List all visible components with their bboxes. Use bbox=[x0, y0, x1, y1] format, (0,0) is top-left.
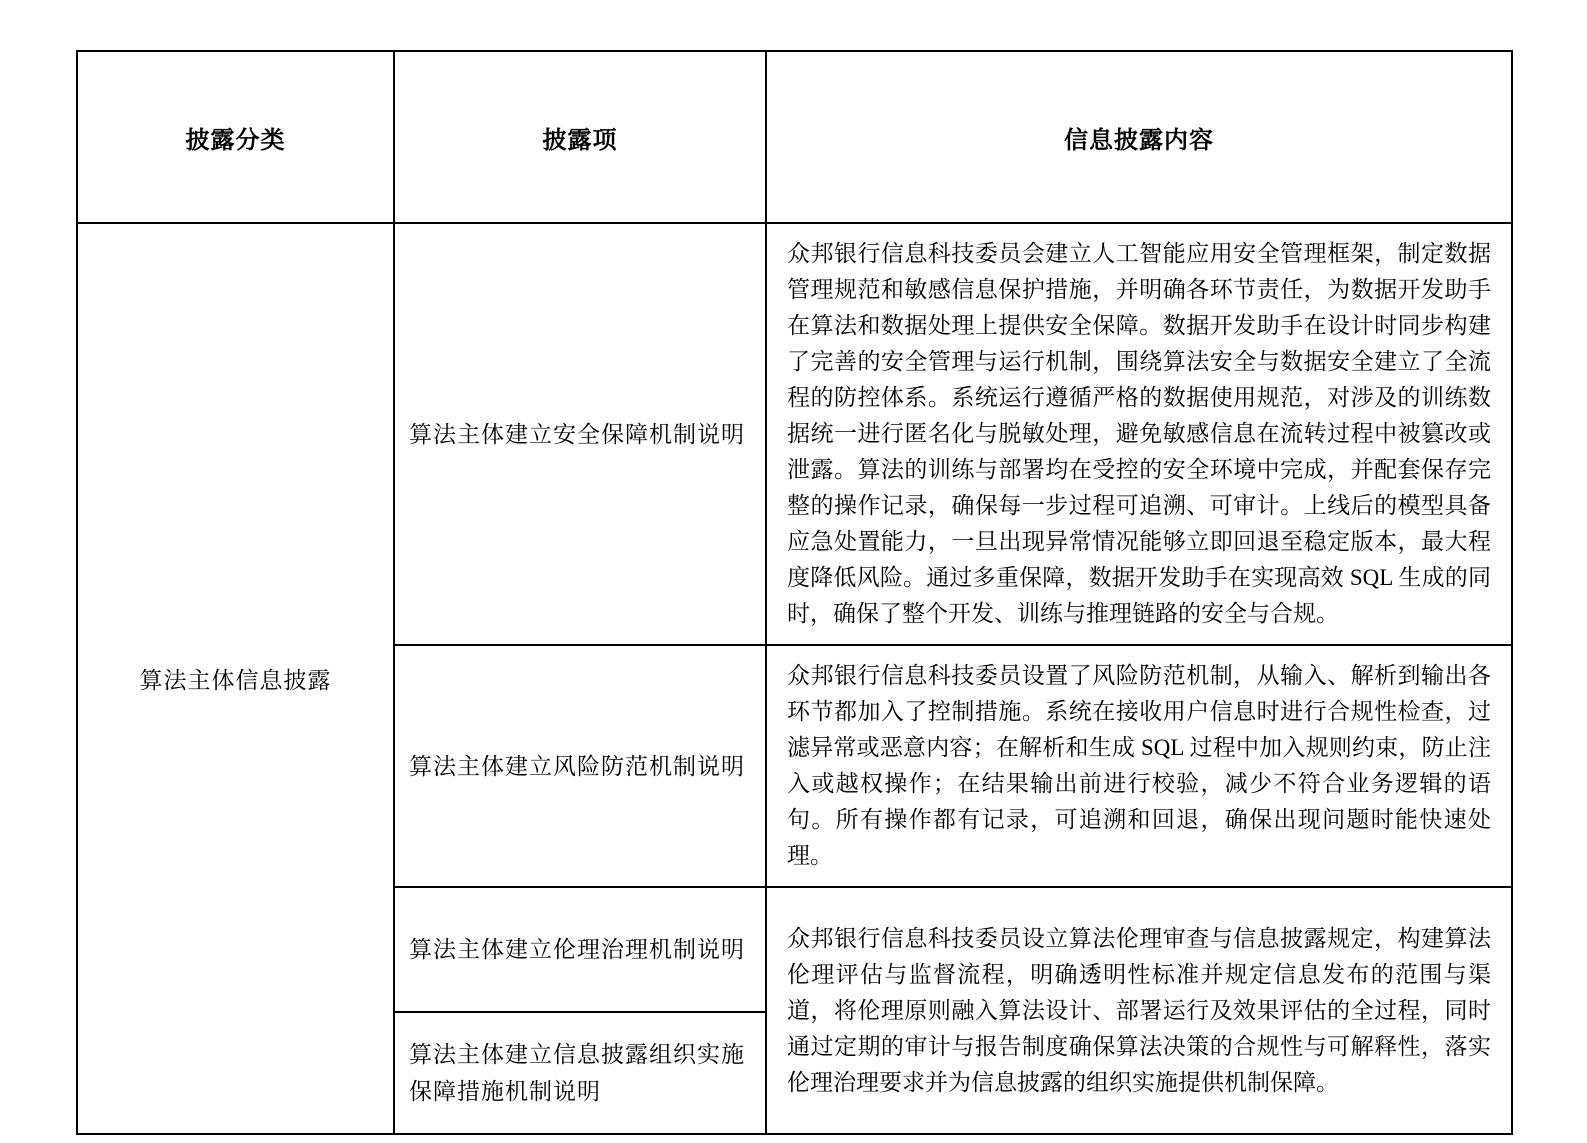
cell-content-security-mechanism: 众邦银行信息科技委员会建立人工智能应用安全管理框架，制定数据管理规范和敏感信息保… bbox=[766, 223, 1512, 645]
table-header-row: 披露分类 披露项 信息披露内容 bbox=[77, 51, 1512, 223]
disclosure-table: 披露分类 披露项 信息披露内容 算法主体信息披露 算法主体建立安全保障机制说明 … bbox=[76, 50, 1513, 1135]
cell-item-ethics-governance: 算法主体建立伦理治理机制说明 bbox=[394, 887, 766, 1012]
header-disclosure-content: 信息披露内容 bbox=[766, 51, 1512, 223]
header-disclosure-item: 披露项 bbox=[394, 51, 766, 223]
header-disclosure-category: 披露分类 bbox=[77, 51, 394, 223]
cell-content-risk-prevention: 众邦银行信息科技委员设置了风险防范机制，从输入、解析到输出各环节都加入了控制措施… bbox=[766, 645, 1512, 887]
document-page: 披露分类 披露项 信息披露内容 算法主体信息披露 算法主体建立安全保障机制说明 … bbox=[0, 0, 1587, 1143]
cell-item-security-mechanism: 算法主体建立安全保障机制说明 bbox=[394, 223, 766, 645]
cell-item-risk-prevention: 算法主体建立风险防范机制说明 bbox=[394, 645, 766, 887]
table-row: 算法主体信息披露 算法主体建立安全保障机制说明 众邦银行信息科技委员会建立人工智… bbox=[77, 223, 1512, 645]
cell-content-ethics-and-org: 众邦银行信息科技委员设立算法伦理审查与信息披露规定，构建算法伦理评估与监督流程，… bbox=[766, 887, 1512, 1134]
cell-item-org-implementation-safeguard: 算法主体建立信息披露组织实施保障措施机制说明 bbox=[394, 1012, 766, 1134]
cell-category-algorithm-subject: 算法主体信息披露 bbox=[77, 223, 394, 1134]
